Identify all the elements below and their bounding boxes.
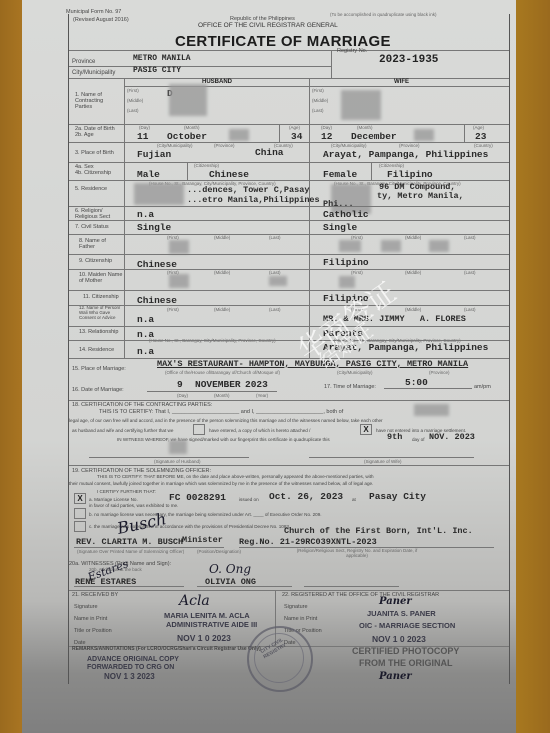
cert-officer-line2: their mutual consent, lawfully joined to… [69, 481, 509, 486]
row-label-birthplace: 3. Place of Birth [75, 150, 114, 156]
wife-consent-middle-label: (Middle) [405, 307, 421, 312]
registered-name-label: Name in Print [284, 616, 317, 622]
husband-residence-1: ...dences, Tower C,Pasay [187, 185, 309, 195]
wife-age-label: (Age) [473, 125, 484, 130]
received-title: ADMINISTRATIVE AIDE III [166, 620, 257, 629]
registered-signature-label: Signature [284, 604, 308, 610]
husband-age: 34 [291, 131, 302, 142]
husband-birth-city: Fujian [137, 149, 171, 160]
husband-mother-middle-label: (Middle) [214, 270, 230, 275]
husband-last-label: (Last) [127, 108, 139, 113]
city-label: City/Municipality [72, 70, 115, 77]
redacted-husband-year [229, 129, 249, 141]
officer-name-label: (Signature Over Printed Name of Solemniz… [77, 549, 184, 554]
issued-on-label: issued on [239, 497, 259, 502]
remarks-stamp-date: NOV 1 3 2023 [104, 672, 155, 681]
cert-parties-line3b: have entered, a copy of which is hereto … [209, 428, 310, 433]
marriage-day: 9 [177, 379, 183, 390]
place-sub-city: (City/Municipality) [337, 370, 373, 375]
registered-title: OIC - MARRIAGE SECTION [359, 621, 455, 630]
husband-citizenship: Chinese [209, 169, 249, 180]
received-signature: Acla [179, 593, 210, 609]
row-label-sex: 4a. Sex 4b. Citizenship [75, 164, 111, 176]
row-label-father-citizenship: 9. Citizenship [79, 258, 112, 264]
row-label-dob: 2a. Date of Birth 2b. Age [75, 126, 123, 138]
marriage-time: 5:00 [405, 377, 428, 388]
wife-sex: Female [323, 169, 357, 180]
received-signature-label: Signature [74, 604, 98, 610]
remarks-stamp-line1: ADVANCE ORIGINAL COPY [87, 656, 179, 663]
city-value: PASIG CITY [133, 66, 181, 75]
wife-header: WIFE [394, 79, 409, 85]
husband-consent-first-label: (First) [167, 307, 179, 312]
cert-parties-line4: IN WITNESS WHEREOF, we have signed/marke… [117, 437, 330, 442]
wife-mother-first-label: (First) [351, 270, 363, 275]
license-issued-on: Oct. 26, 2023 [269, 491, 343, 502]
wife-middle-label: (Middle) [312, 98, 328, 103]
option-b-label: b. no marriage license was necessary, th… [89, 512, 322, 517]
wife-consent-last-label: (Last) [464, 307, 476, 312]
settlement-not-entered-checkbox[interactable]: X [360, 424, 372, 435]
husband-sex: Male [137, 169, 160, 180]
officer-position-label: (Position/Designation) [197, 549, 241, 554]
cert-parties-line2: legal age, of our own free will and acco… [69, 418, 509, 423]
husband-signature-label: (Signature of Husband) [154, 459, 201, 464]
time-of-marriage-label: 17. Time of Marriage: [324, 384, 376, 390]
marriage-month: NOVEMBER [195, 379, 241, 390]
husband-dob-month: October [167, 131, 207, 142]
row-label-religion: 6. Religion/ Religious Sect [75, 208, 121, 220]
husband-religion: n.a [137, 209, 154, 220]
at-label: at [352, 497, 356, 502]
wife-first-label: (First) [312, 88, 324, 93]
officer-church: Church of the First Born, Int'L. Inc. [284, 526, 473, 536]
redacted-wife-father-middle [381, 240, 401, 252]
option-c-checkbox[interactable] [74, 521, 86, 532]
place-of-marriage-label: 15. Place of Marriage: [72, 366, 126, 372]
place-sub-office: (Office of the/House of/Barangay of/Chur… [165, 370, 280, 375]
wife-birth-place: Arayat, Pampanga, Philippines [323, 149, 488, 160]
marriage-year: 2023 [245, 379, 268, 390]
husband-mother-last-label: (Last) [269, 270, 281, 275]
husband-day-label: (Day) [139, 125, 150, 130]
row-label-civil-status: 7. Civil Status [75, 224, 109, 230]
option-a-tail: in favor of said parties, was exhibited … [89, 503, 178, 508]
day-of-label: day of [412, 437, 425, 442]
registered-name: JUANITA S. PANER [367, 609, 436, 618]
cert-officer-line1: THIS IS TO CERTIFY: THAT BEFORE ME, on t… [97, 474, 374, 479]
wife-signature-label: (Signature of Wife) [364, 459, 402, 464]
remarks-stamp-line2: FORWARDED TO CRG ON [87, 664, 174, 671]
husband-citizenship-label: (Citizenship) [194, 163, 219, 168]
registered-signature: Paner [379, 596, 412, 607]
row-label-relationship: 13. Relationship [79, 329, 118, 335]
wife-father-middle-label: (Middle) [405, 235, 421, 240]
license-issued-at: Pasay City [369, 491, 426, 502]
redacted-wife-father-last [429, 240, 449, 252]
settlement-entered-checkbox[interactable] [193, 424, 205, 435]
wife-citizenship-label: (Citizenship) [379, 163, 404, 168]
option-b-checkbox[interactable] [74, 508, 86, 519]
husband-consent-last-label: (Last) [269, 307, 281, 312]
registered-heading: 22. REGISTERED AT THE OFFICE OF THE CIVI… [282, 592, 439, 598]
witness-2-signature: O. Ong [209, 562, 251, 576]
row-label-father: 8. Name of Father [79, 238, 121, 250]
wife-mother-middle-label: (Middle) [405, 270, 421, 275]
received-by-heading: 21. RECEIVED BY [72, 592, 118, 598]
redacted-husband-mother-last [269, 276, 287, 286]
date-of-marriage-label: 16. Date of Marriage: [72, 387, 124, 393]
husband-consent-residence: n.a [137, 346, 154, 357]
wife-day-label: (Day) [321, 125, 332, 130]
row-label-mother-citizenship: 11. Citizenship [83, 294, 119, 300]
officer-religion-label: (Religion/Religious Sect, Registry No. a… [287, 548, 427, 558]
received-date: NOV 1 0 2023 [177, 633, 231, 643]
option-a-label: a. Marriage License No. [89, 497, 138, 502]
wife-province-label: (Province) [399, 143, 420, 148]
cert-parties-heading: 18. CERTIFICATION OF THE CONTRACTING PAR… [72, 402, 212, 408]
wife-age: 23 [475, 131, 486, 142]
officer-name: REV. CLARITA M. BUSCH [76, 537, 183, 547]
husband-consent-middle-label: (Middle) [214, 307, 230, 312]
wife-father-citizenship: Filipino [323, 257, 369, 268]
wife-city-label: (City/Municipality) [331, 143, 367, 148]
row-label-residence: 5. Residence [75, 186, 107, 192]
redacted-husband-signature [169, 440, 187, 454]
am-pm-label: am/pm [474, 384, 491, 390]
wife-residence-2: ty, Metro Manila, [377, 191, 464, 201]
registry-label: Registry No. [337, 48, 367, 54]
form-body: Province METRO MANILA City/Municipality … [68, 14, 510, 684]
registry-number: 2023-1935 [379, 54, 438, 66]
place-sub-province: (Province) [429, 370, 450, 375]
license-number: FC 0028291 [169, 492, 226, 503]
row-label-consent: 12. Name of Person/ Wali Who Gave Consen… [79, 306, 123, 321]
wife-religion: Catholic [323, 209, 369, 220]
marriage-month-label: (Month) [214, 393, 230, 398]
province-label: Province [72, 59, 95, 66]
redacted-husband-mother [169, 274, 189, 288]
province-value: METRO MANILA [133, 54, 191, 63]
row-label-mother: 10. Maiden Name of Mother [79, 272, 123, 284]
husband-civil-status: Single [137, 222, 171, 233]
officer-position: Minister [182, 535, 223, 545]
received-name-label: Name in Print [74, 616, 107, 622]
husband-city-label: (City/Municipality) [157, 143, 193, 148]
redacted-wife-name-cert [414, 404, 449, 416]
wife-dob-day: 12 [321, 131, 332, 142]
redacted-husband-name [169, 84, 207, 116]
cert-officer-line3: I CERTIFY FURTHER THAT: [97, 489, 156, 494]
remarks-heading: REMARKS/ANNOTATIONS (For LCRO/OCRG/Shari… [72, 647, 261, 653]
husband-father-middle-label: (Middle) [214, 235, 230, 240]
husband-middle-label: (Middle) [127, 98, 143, 103]
wife-citizenship: Filipino [387, 169, 433, 180]
redacted-wife-name [341, 90, 381, 120]
redacted-husband-residence [134, 183, 184, 205]
witness-day: 9th [387, 432, 402, 442]
redacted-wife-father-first [339, 240, 361, 252]
wife-father-last-label: (Last) [464, 235, 476, 240]
wife-mother-last-label: (Last) [464, 270, 476, 275]
marriage-year-label: (Year) [256, 393, 268, 398]
redacted-wife-year [414, 129, 434, 141]
officer-registry-no: Reg.No. 21-29RC039XNTL-2023 [239, 537, 377, 547]
husband-residence-2: ...etro Manila,Philippines [187, 195, 320, 205]
wife-last-label: (Last) [312, 108, 324, 113]
marriage-day-label: (Day) [177, 393, 188, 398]
row-label-names: 1. Name of Contracting Parties [75, 92, 121, 110]
wife-residence-3: Phi... [323, 199, 354, 209]
husband-birth-country: China [255, 147, 284, 158]
cert-parties-line3a: as husband and wife and certifying furth… [72, 428, 173, 433]
certified-stamp-line1: CERTIFIED PHOTOCOPY [352, 646, 459, 656]
redacted-wife-mother [339, 276, 355, 288]
wife-dob-month: December [351, 131, 397, 142]
registered-date: NOV 1 0 2023 [372, 634, 426, 644]
row-label-consent-residence: 14. Residence [79, 347, 114, 353]
husband-age-label: (Age) [289, 125, 300, 130]
option-a-checkbox[interactable]: X [74, 493, 86, 504]
husband-dob-day: 11 [137, 131, 148, 142]
wife-month-label: (Month) [357, 125, 373, 130]
husband-consent-person: n.a [137, 314, 154, 325]
wife-civil-status: Single [323, 222, 357, 233]
wife-country-label: (Country) [474, 143, 493, 148]
received-name: MARIA LENITA M. ACLA [164, 611, 250, 620]
received-title-label: Title or Position [74, 628, 112, 634]
husband-father-last-label: (Last) [269, 235, 281, 240]
redacted-husband-father [169, 240, 189, 254]
husband-month-label: (Month) [184, 125, 200, 130]
certified-stamp-line2: FROM THE ORIGINAL [359, 658, 453, 668]
husband-province-label: (Province) [214, 143, 235, 148]
witness-month-year: NOV. 2023 [429, 432, 475, 442]
certified-stamp-signature: Paner [379, 671, 412, 682]
husband-first-label: (First) [127, 88, 139, 93]
city-civil-registry-seal: CITY CIVIL REGISTRY [247, 626, 313, 692]
cert-parties-line1: THIS IS TO CERTIFY: That I, ____________… [99, 409, 343, 415]
